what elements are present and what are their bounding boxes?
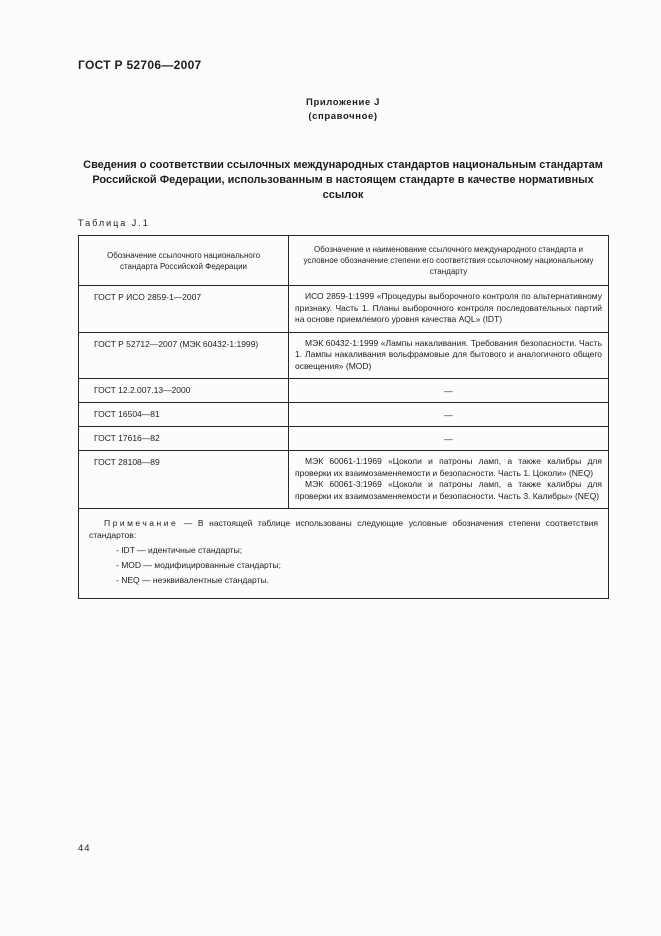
table-row: ГОСТ Р 52712—2007 (МЭК 60432-1:1999)МЭК …	[79, 332, 609, 379]
appendix-title: Приложение J	[78, 96, 608, 110]
international-standard-cell: —	[289, 403, 609, 427]
appendix-block: Приложение J (справочное)	[78, 96, 608, 124]
national-standard-cell: ГОСТ 28108—89	[79, 451, 289, 509]
international-standard-paragraph: —	[295, 434, 602, 444]
table-row: ГОСТ 12.2.007.13—2000—	[79, 379, 609, 403]
international-standard-paragraph: —	[295, 386, 602, 396]
note-cell: Примечание — В настоящей таблице использ…	[79, 509, 609, 599]
note-item: - MOD — модифицированные стандарты;	[116, 560, 598, 572]
international-standard-paragraph: —	[295, 410, 602, 420]
doc-code: ГОСТ Р 52706—2007	[78, 0, 608, 72]
page-number: 44	[78, 843, 91, 854]
international-standard-cell: МЭК 60432-1:1999 «Лампы накаливания. Тре…	[289, 332, 609, 379]
page-content: ГОСТ Р 52706—2007 Приложение J (справочн…	[78, 0, 608, 599]
note-paragraph: Примечание — В настоящей таблице использ…	[89, 518, 598, 541]
standards-table: Обозначение ссылочного национального ста…	[78, 235, 609, 599]
note-label: Примечание	[104, 518, 178, 528]
document-page: ГОСТ Р 52706—2007 Приложение J (справочн…	[0, 0, 661, 936]
table-row: ГОСТ 16504—81—	[79, 403, 609, 427]
international-standard-cell: —	[289, 379, 609, 403]
note-items: - IDT — идентичные стандарты;- MOD — мод…	[89, 545, 598, 587]
international-standard-paragraph: МЭК 60061-1:1969 «Цоколи и патроны ламп,…	[295, 456, 602, 479]
national-standard-cell: ГОСТ 16504—81	[79, 403, 289, 427]
table-row: ГОСТ Р ИСО 2859-1—2007ИСО 2859-1:1999 «П…	[79, 286, 609, 333]
note-item: - IDT — идентичные стандарты;	[116, 545, 598, 557]
international-standard-cell: ИСО 2859-1:1999 «Процедуры выборочного к…	[289, 286, 609, 333]
international-standard-paragraph: ИСО 2859-1:1999 «Процедуры выборочного к…	[295, 291, 602, 326]
note-item: - NEQ — неэквивалентные стандарты.	[116, 575, 598, 587]
international-standard-paragraph: МЭК 60061-3:1969 «Цоколи и патроны ламп,…	[295, 479, 602, 502]
standards-table-body: ГОСТ Р ИСО 2859-1—2007ИСО 2859-1:1999 «П…	[79, 286, 609, 509]
table-header-row: Обозначение ссылочного национального ста…	[79, 236, 609, 286]
national-standard-cell: ГОСТ 12.2.007.13—2000	[79, 379, 289, 403]
national-standard-cell: ГОСТ Р ИСО 2859-1—2007	[79, 286, 289, 333]
note-row: Примечание — В настоящей таблице использ…	[79, 509, 609, 599]
col-header-international: Обозначение и наименование ссылочного ме…	[289, 236, 609, 286]
section-title: Сведения о соответствии ссылочных междун…	[78, 158, 608, 203]
international-standard-cell: —	[289, 427, 609, 451]
appendix-subtitle: (справочное)	[78, 110, 608, 124]
col-header-national: Обозначение ссылочного национального ста…	[79, 236, 289, 286]
international-standard-cell: МЭК 60061-1:1969 «Цоколи и патроны ламп,…	[289, 451, 609, 509]
table-label: Таблица J.1	[78, 218, 608, 228]
national-standard-cell: ГОСТ Р 52712—2007 (МЭК 60432-1:1999)	[79, 332, 289, 379]
table-row: ГОСТ 17616—82—	[79, 427, 609, 451]
table-row: ГОСТ 28108—89МЭК 60061-1:1969 «Цоколи и …	[79, 451, 609, 509]
national-standard-cell: ГОСТ 17616—82	[79, 427, 289, 451]
international-standard-paragraph: МЭК 60432-1:1999 «Лампы накаливания. Тре…	[295, 338, 602, 373]
